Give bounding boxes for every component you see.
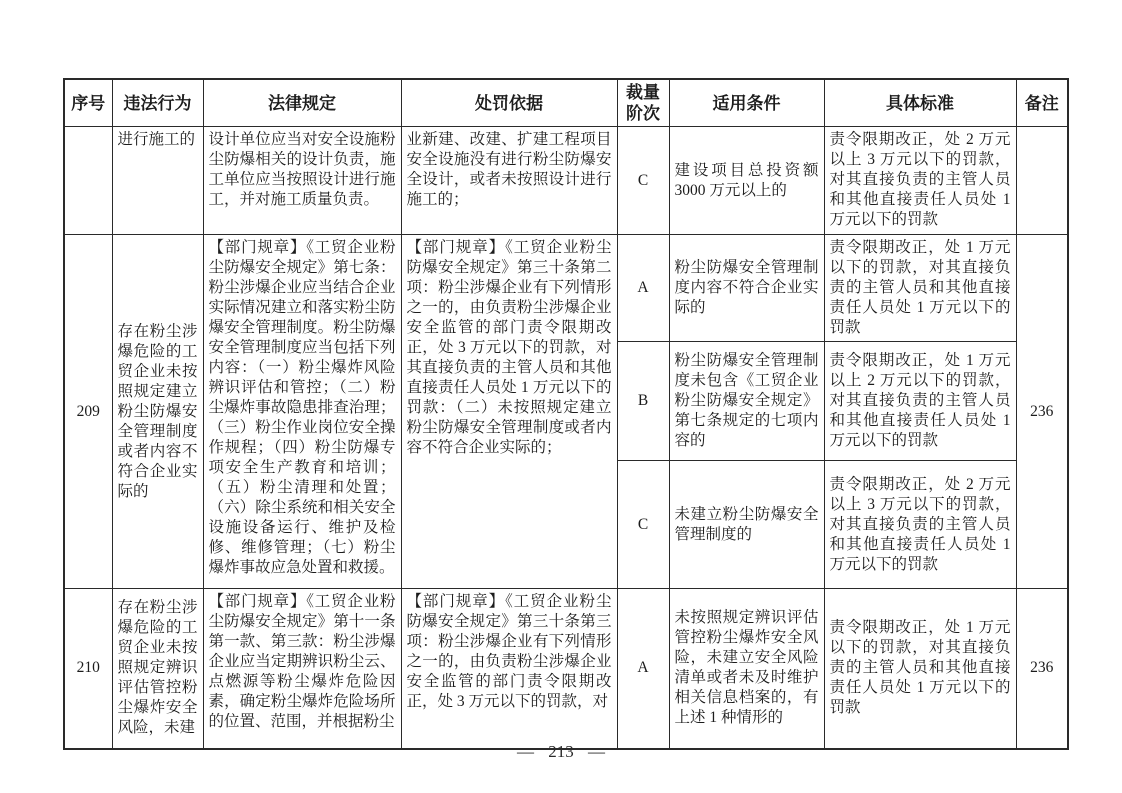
- penalty-basis-cell: 【部门规章】《工贸企业粉尘防爆安全规定》第三十条第三项：粉尘涉爆企业有下列情形之…: [401, 589, 617, 749]
- violation-cell: 进行施工的: [112, 127, 203, 235]
- standard-cell: 责令限期改正，处 2 万元以上 3 万元以下的罚款，对其直接负责的主管人员和其他…: [824, 127, 1016, 235]
- header-penalty-basis: 处罚依据: [401, 79, 617, 127]
- tier-cell: C: [617, 127, 669, 235]
- document-page: 序号违法行为法律规定处罚依据裁量 阶次适用条件具体标准备注 进行施工的设计单位应…: [0, 0, 1122, 793]
- legal-provision-cell: 设计单位应当对安全设施粉尘防爆相关的设计负责，施工单位应当按照设计进行施工，并对…: [203, 127, 401, 235]
- seq-cell: 209: [64, 235, 112, 589]
- condition-cell: 粉尘防爆安全管理制度未包含《工贸企业粉尘防爆安全规定》第七条规定的七项内容的: [669, 342, 824, 461]
- header-violation: 违法行为: [112, 79, 203, 127]
- tier-cell: B: [617, 342, 669, 461]
- condition-cell: 建设项目总投资额 3000 万元以上的: [669, 127, 824, 235]
- standard-cell: 责令限期改正，处 2 万元以上 3 万元以下的罚款，对其直接负责的主管人员和其他…: [824, 461, 1016, 589]
- condition-cell: 粉尘防爆安全管理制度内容不符合企业实际的: [669, 235, 824, 342]
- seq-cell: 210: [64, 589, 112, 749]
- table-header-row: 序号违法行为法律规定处罚依据裁量 阶次适用条件具体标准备注: [64, 79, 1068, 127]
- tier-cell: C: [617, 461, 669, 589]
- penalty-basis-cell: 【部门规章】《工贸企业粉尘防爆安全规定》第三十条第二项：粉尘涉爆企业有下列情形之…: [401, 235, 617, 589]
- condition-cell: 未按照规定辨识评估管控粉尘爆炸安全风险，未建立安全风险清单或者未及时维护相关信息…: [669, 589, 824, 749]
- legal-provision-cell: 【部门规章】《工贸企业粉尘防爆安全规定》第十一条第一款、第三款：粉尘涉爆企业应当…: [203, 589, 401, 749]
- seq-cell: [64, 127, 112, 235]
- penalty-basis-cell: 业新建、改建、扩建工程项目安全设施没有进行粉尘防爆安全设计，或者未按照设计进行施…: [401, 127, 617, 235]
- tier-cell: A: [617, 235, 669, 342]
- header-remark: 备注: [1016, 79, 1068, 127]
- standard-cell: 责令限期改正，处 1 万元以下的罚款，对其直接负责的主管人员和其他直接责任人员处…: [824, 235, 1016, 342]
- header-legal-provision: 法律规定: [203, 79, 401, 127]
- standard-cell: 责令限期改正，处 1 万元以下的罚款，对其直接负责的主管人员和其他直接责任人员处…: [824, 589, 1016, 749]
- header-tier: 裁量 阶次: [617, 79, 669, 127]
- penalty-discretion-table: 序号违法行为法律规定处罚依据裁量 阶次适用条件具体标准备注 进行施工的设计单位应…: [63, 78, 1069, 750]
- violation-cell: 存在粉尘涉爆危险的工贸企业未按照规定辨识评估管控粉尘爆炸安全风险，未建: [112, 589, 203, 749]
- legal-provision-cell: 【部门规章】《工贸企业粉尘防爆安全规定》第七条：粉尘涉爆企业应当结合企业实际情况…: [203, 235, 401, 589]
- standard-cell: 责令限期改正，处 1 万元以上 2 万元以下的罚款，对其直接负责的主管人员和其他…: [824, 342, 1016, 461]
- page-number: — 213 —: [0, 742, 1122, 762]
- table-row: 进行施工的设计单位应当对安全设施粉尘防爆相关的设计负责，施工单位应当按照设计进行…: [64, 127, 1068, 235]
- violation-cell: 存在粉尘涉爆危险的工贸企业未按照规定建立粉尘防爆安全管理制度或者内容不符合企业实…: [112, 235, 203, 589]
- table-body: 进行施工的设计单位应当对安全设施粉尘防爆相关的设计负责，施工单位应当按照设计进行…: [64, 127, 1068, 749]
- header-seq: 序号: [64, 79, 112, 127]
- condition-cell: 未建立粉尘防爆安全管理制度的: [669, 461, 824, 589]
- table-row: 210存在粉尘涉爆危险的工贸企业未按照规定辨识评估管控粉尘爆炸安全风险，未建【部…: [64, 589, 1068, 749]
- remark-cell: [1016, 127, 1068, 235]
- header-condition: 适用条件: [669, 79, 824, 127]
- remark-cell: 236: [1016, 235, 1068, 589]
- table-row: 209存在粉尘涉爆危险的工贸企业未按照规定建立粉尘防爆安全管理制度或者内容不符合…: [64, 235, 1068, 342]
- tier-cell: A: [617, 589, 669, 749]
- header-standard: 具体标准: [824, 79, 1016, 127]
- remark-cell: 236: [1016, 589, 1068, 749]
